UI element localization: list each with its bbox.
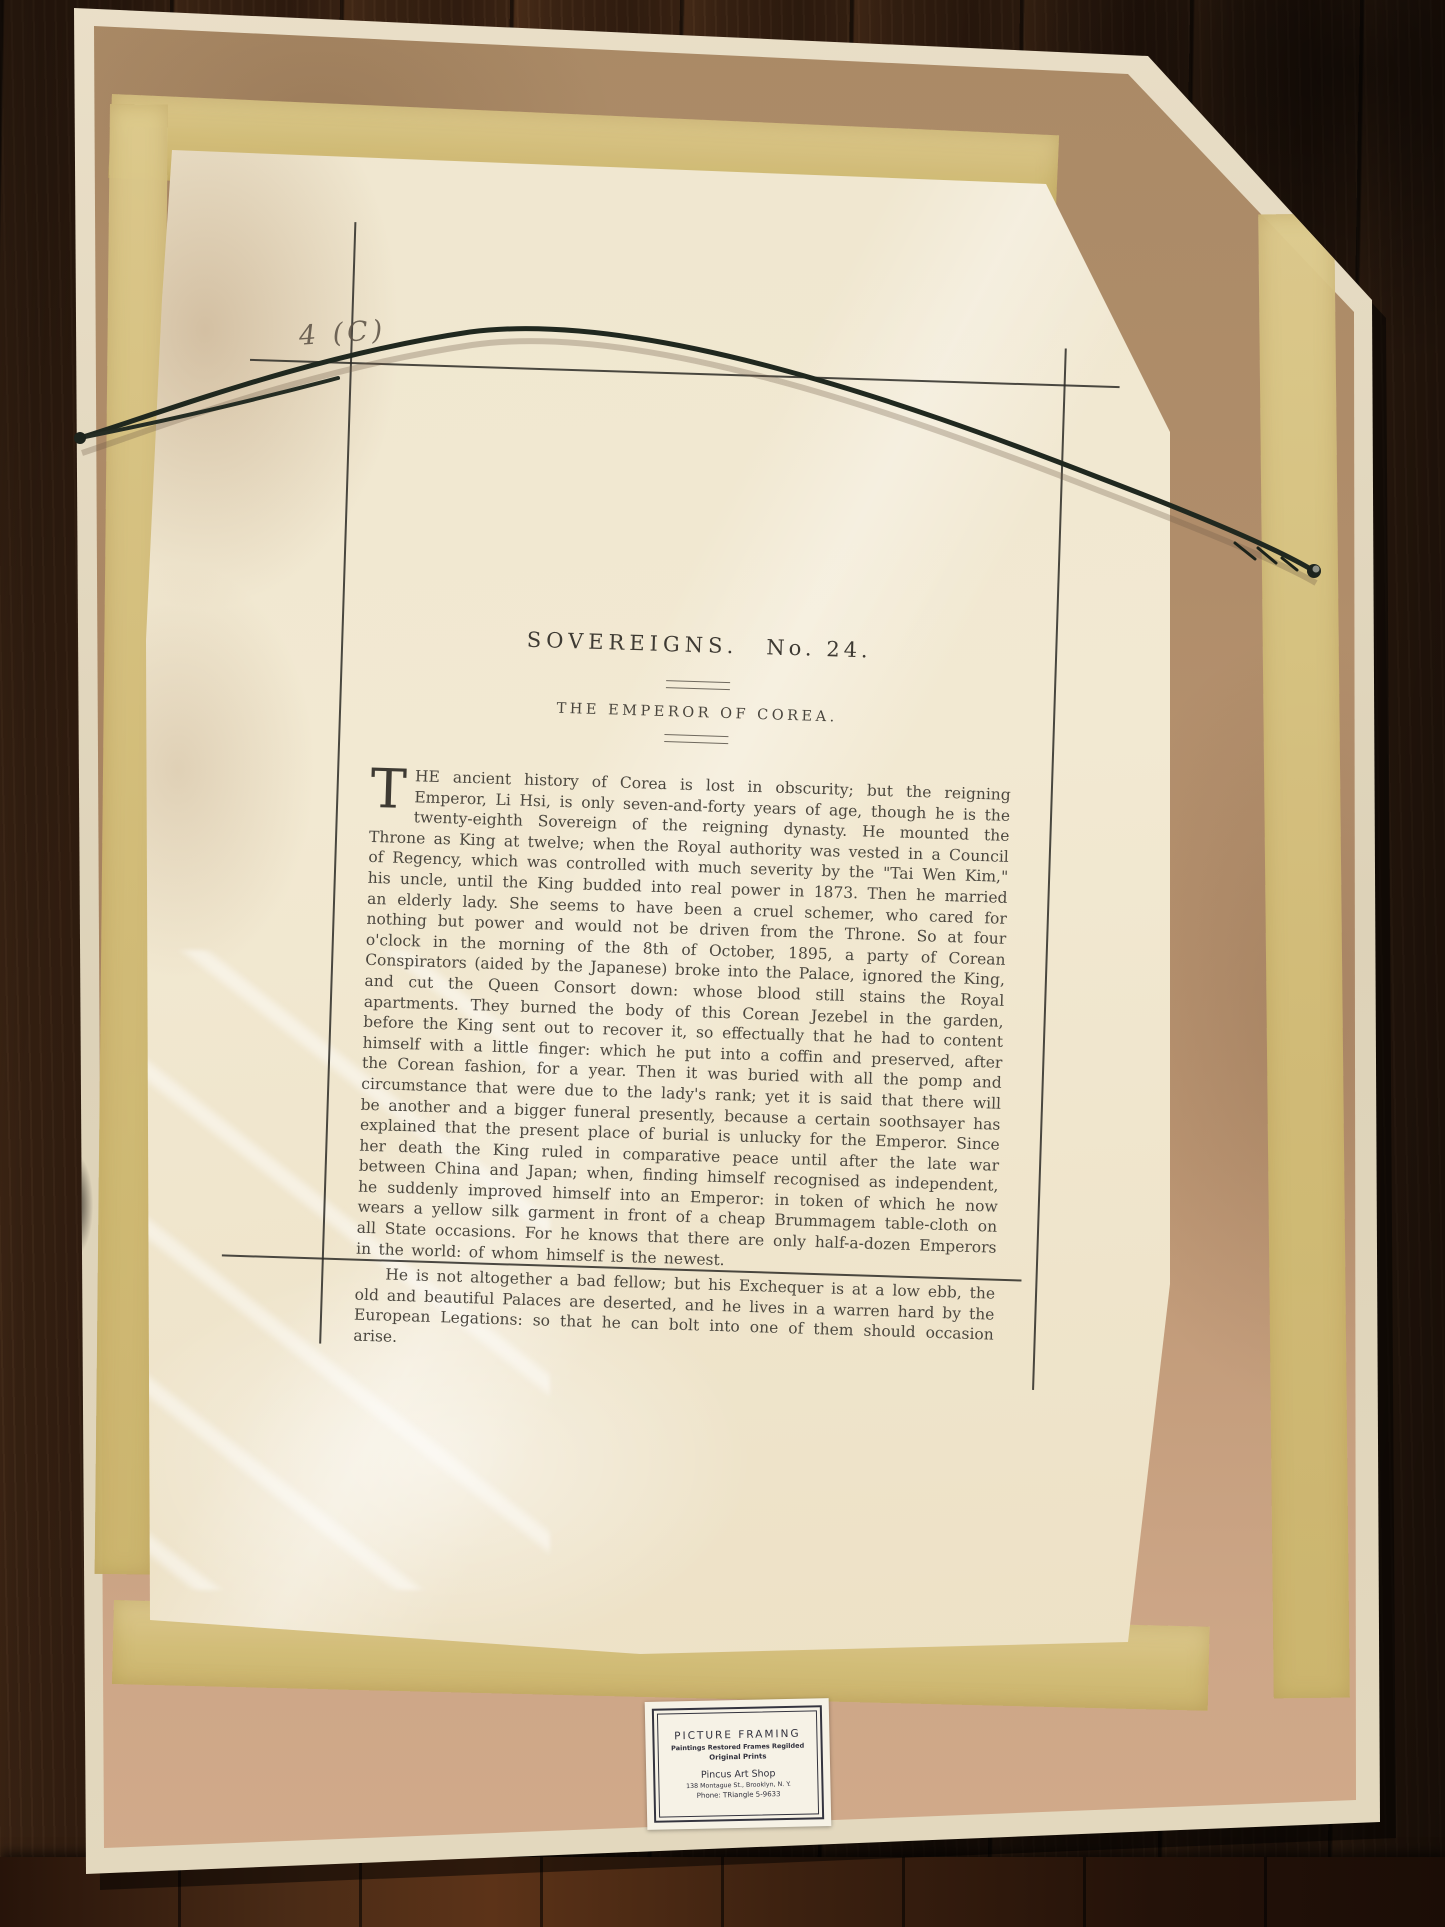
page-title: SOVEREIGNS.No. 24. [341,622,1057,668]
framer-shop-name: Pincus Art Shop [701,1768,776,1781]
framer-address: 138 Montague St., Brooklyn, N. Y. [686,1781,791,1790]
handwritten-mark: 4 (C) [298,315,388,352]
framer-label-sticker: PICTURE FRAMING Paintings Restored Frame… [645,1698,832,1830]
framer-phone: Phone: TRiangle 5-9633 [697,1790,781,1800]
double-rule-divider [666,680,730,690]
page-issue-number: No. 24. [766,635,872,662]
framer-label-services-2: Original Prints [709,1752,766,1761]
paragraph-2: He is not altogether a bad fellow; but h… [353,1264,995,1366]
dark-stain [54,1140,98,1270]
photo-back-of-framed-print: 4 (C) SOVEREIGNS.No. 24. THE EMPEROR OF … [0,0,1445,1927]
printed-text-block: 4 (C) SOVEREIGNS.No. 24. THE EMPEROR OF … [322,362,1066,1284]
framer-label-content: PICTURE FRAMING Paintings Restored Frame… [657,1710,819,1817]
paragraph-1: THE ancient history of Corea is lost in … [356,765,1011,1279]
framer-label-services: Paintings Restored Frames Regilded [671,1742,804,1753]
body-text: THE ancient history of Corea is lost in … [353,765,1011,1382]
framer-label-heading: PICTURE FRAMING [674,1728,801,1743]
picture-frame-back: 4 (C) SOVEREIGNS.No. 24. THE EMPEROR OF … [0,0,1445,1927]
drop-cap: T [370,765,415,811]
page-subtitle: THE EMPEROR OF COREA. [339,694,1055,732]
double-rule-divider [664,734,728,744]
masking-tape-right [1258,214,1350,1699]
page-title-text: SOVEREIGNS. [526,628,738,659]
